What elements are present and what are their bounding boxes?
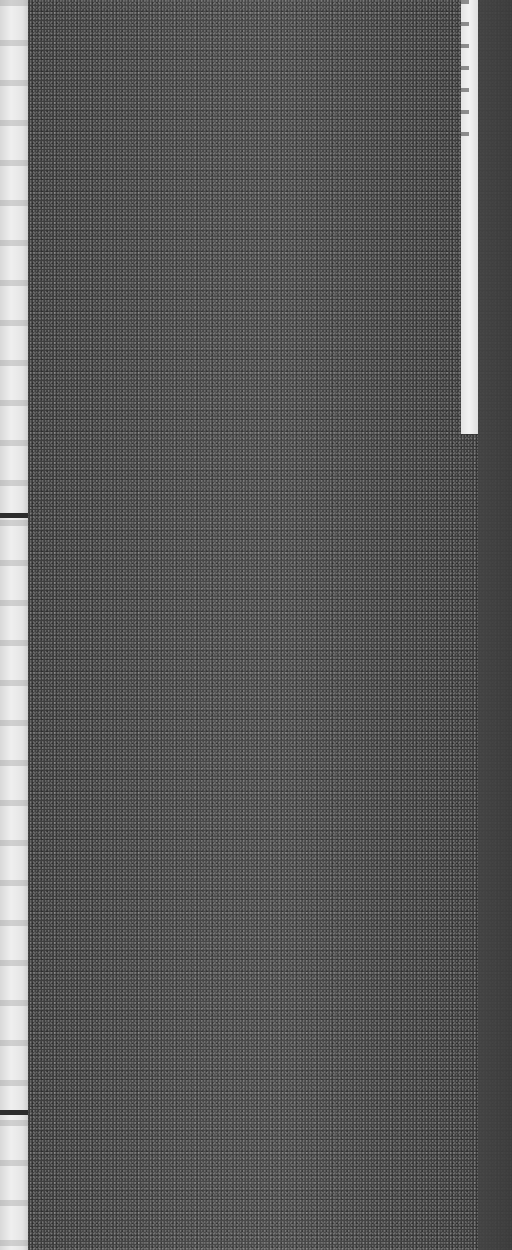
edge-line-joint	[0, 513, 28, 518]
asphalt-right-shoulder	[478, 0, 512, 1250]
road-surface	[0, 0, 512, 1250]
edge-line-joint	[0, 1110, 28, 1115]
lane-dash-marking	[461, 0, 478, 434]
asphalt-texture	[0, 0, 512, 1250]
left-edge-line-marking	[0, 0, 28, 1250]
